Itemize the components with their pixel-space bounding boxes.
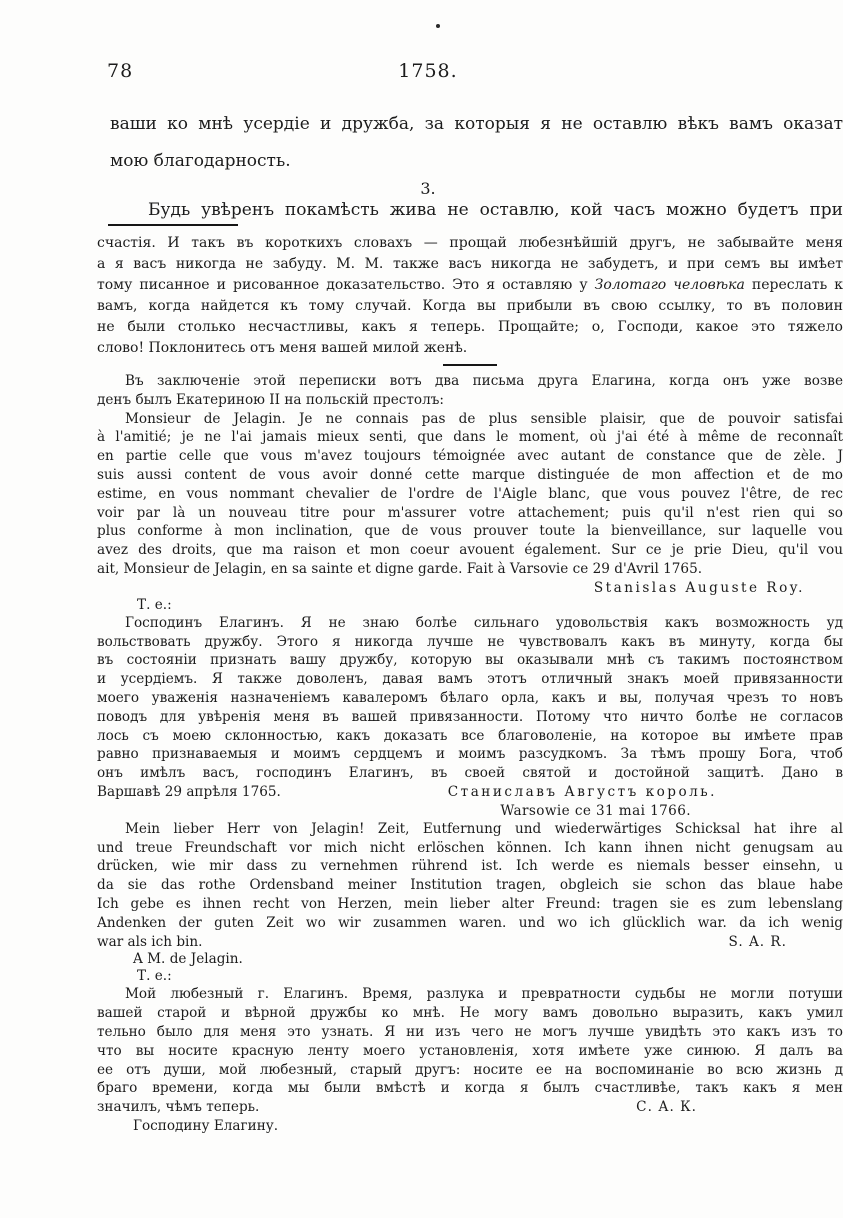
text-line: въ состояніи признать вашу дружбу, котор…	[97, 651, 843, 670]
text-line: моего уваженія назначеніемъ кавалеромъ б…	[97, 689, 843, 708]
russian-translation-2: Мой любезный г. Елагинъ. Время, разлука …	[97, 985, 843, 1117]
text-line: suis aussi content de vous avoir donné c…	[97, 466, 843, 485]
text-line: Mein lieber Herr von Jelagin! Zeit, Eutf…	[97, 820, 843, 839]
text-line: à l'amitié; je ne l'ai jamais mieux sent…	[97, 428, 843, 447]
text-line: Въ заключеніе этой переписки вотъ два пи…	[97, 372, 843, 391]
text-line: estime, en vous nommant chevalier de l'o…	[97, 485, 843, 504]
closing-line: значилъ, чѣмъ теперь.	[97, 1098, 259, 1117]
text-line: онъ имѣлъ васъ, господинъ Елагинъ, въ св…	[97, 764, 843, 783]
text-line: drücken, wie mir dass zu vernehmen rühre…	[97, 857, 843, 876]
letters-intro: Въ заключеніе этой переписки вотъ два пи…	[97, 372, 843, 410]
text-line: тому писанное и рисованное доказательств…	[97, 275, 843, 296]
text-line: мою благодарность.	[110, 143, 843, 180]
signature-row: war als ich bin.S. A. R.	[97, 933, 843, 952]
text-line: не были столько несчастливы, какъ я тепе…	[97, 317, 843, 338]
scan-speck	[436, 24, 440, 28]
signature: С. А. К.	[636, 1098, 697, 1117]
text-line: da sie das rothe Ordensband meiner Insti…	[97, 876, 843, 895]
text-line: ваши ко мнѣ усердіе и дружба, за которыя…	[110, 106, 843, 143]
signature: Станиславъ Августъ король.	[448, 783, 717, 802]
closing-line: war als ich bin.	[97, 933, 202, 952]
text-line: Andenken der guten Zeit wo wir zusammen …	[97, 914, 843, 933]
book-page: 78 1758. ваши ко мнѣ усердіе и дружба, з…	[0, 0, 843, 1218]
german-letter: Mein lieber Herr von Jelagin! Zeit, Eutf…	[97, 820, 843, 969]
signature-row: Stanislas Auguste Roy.	[97, 579, 843, 597]
text-line: voir par là un nouveau titre pour m'assu…	[97, 504, 843, 523]
section-number: 3.	[60, 179, 796, 198]
text-line: поводъ для увѣренія меня въ вашей привяз…	[97, 708, 843, 727]
text-line: ее отъ души, мой любезный, старый другъ:…	[97, 1061, 843, 1080]
signature: Stanislas Auguste Roy.	[594, 579, 805, 597]
text-line: счастія. И такъ въ короткихъ словахъ — п…	[97, 233, 843, 254]
text-line: слово! Поклонитесь отъ меня вашей милой …	[97, 338, 843, 359]
translation-label: Т. е.:	[97, 968, 843, 985]
text-line: тельно было для меня это узнать. Я ни из…	[97, 1023, 843, 1042]
text-line: Ich gebe es ihnen recht von Herzen, mein…	[97, 895, 843, 914]
footnote-column: счастія. И такъ въ короткихъ словахъ — п…	[97, 233, 843, 1136]
text-line: und treue Freundschaft vor mich nicht er…	[97, 839, 843, 858]
place-date: Варшавѣ 29 апрѣля 1765.	[97, 783, 281, 802]
text-line: Будь увѣренъ покамѣсть жива не оставлю, …	[110, 198, 843, 222]
letter-date: Warsowie ce 31 mai 1766.	[500, 802, 691, 820]
text-line: Monsieur de Jelagin. Je ne connais pas d…	[97, 410, 843, 429]
text-line: plus conforme à mon inclination, que de …	[97, 522, 843, 541]
main-text: ваши ко мнѣ усердіе и дружба, за которыя…	[110, 106, 843, 180]
text-segment: тому писанное и рисованное доказательств…	[97, 277, 595, 293]
text-line: avez des droits, que ma raison et mon co…	[97, 541, 843, 560]
text-line: Господинъ Елагинъ. Я не знаю болѣе сильн…	[97, 614, 843, 633]
year-heading: 1758.	[60, 60, 796, 82]
text-line: Мой любезный г. Елагинъ. Время, разлука …	[97, 985, 843, 1004]
text-line: вашей старой и вѣрной дружбы ко мнѣ. Не …	[97, 1004, 843, 1023]
text-line: браго времени, когда мы были вмѣстѣ и ко…	[97, 1079, 843, 1098]
text-line: денъ былъ Екатериною II на польскій прес…	[97, 391, 843, 410]
text-line: лось съ моею склонностью, какъ доказать …	[97, 727, 843, 746]
text-line: что вы носите красную ленту моего устано…	[97, 1042, 843, 1061]
footnote-block-1: счастія. И такъ въ короткихъ словахъ — п…	[97, 233, 843, 359]
signature-row: значилъ, чѣмъ теперь.С. А. К.	[97, 1098, 843, 1117]
signature: S. A. R.	[729, 933, 788, 952]
signature-row: Варшавѣ 29 апрѣля 1765.Станиславъ Август…	[97, 783, 843, 802]
text-line: ait, Monsieur de Jelagin, en sa sainte e…	[97, 560, 843, 579]
translation-label: Т. е.:	[97, 597, 843, 614]
text-segment: переслать к	[745, 277, 843, 293]
text-line: равно признаваемыя и моимъ сердцемъ и мо…	[97, 745, 843, 764]
text-line: вольствовать дружбу. Этого я никогда луч…	[97, 633, 843, 652]
text-line: вамъ, когда найдется къ тому случай. Ког…	[97, 296, 843, 317]
french-letter: Monsieur de Jelagin. Je ne connais pas d…	[97, 410, 843, 597]
text-line: и усердіемъ. Я также доволенъ, давая вам…	[97, 670, 843, 689]
section-divider-rule	[443, 364, 497, 366]
text-line: en partie celle que vous m'avez toujours…	[97, 447, 843, 466]
letter-address: A M. de Jelagin.	[97, 951, 843, 968]
addressee-line: Господину Елагину.	[97, 1117, 843, 1136]
italic-phrase: Золотаго человѣка	[595, 277, 745, 293]
date-row: Warsowie ce 31 mai 1766.	[97, 802, 843, 820]
footnote-rule	[108, 224, 238, 226]
text-line: а я васъ никогда не забуду. М. М. также …	[97, 254, 843, 275]
russian-translation-1: Господинъ Елагинъ. Я не знаю болѣе сильн…	[97, 614, 843, 820]
